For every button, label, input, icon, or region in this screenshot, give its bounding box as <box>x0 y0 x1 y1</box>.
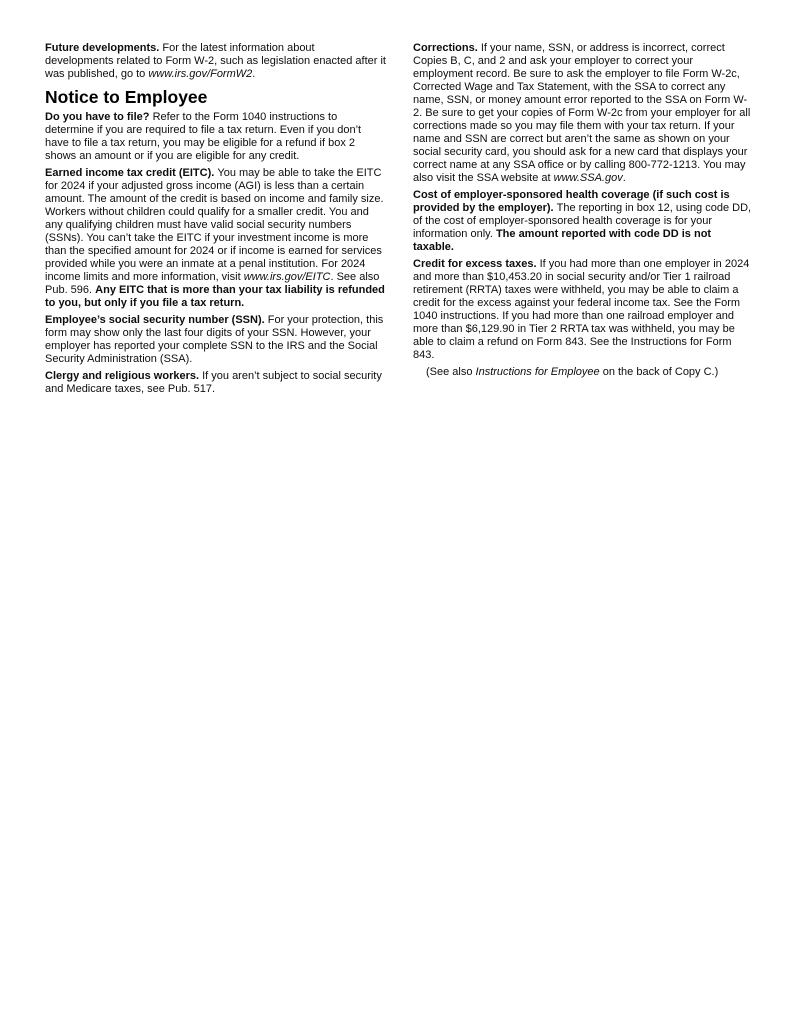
bold-text-run: Earned income tax credit (EITC). <box>45 167 217 179</box>
bold-text-run: Any EITC that is more than your tax liab… <box>45 284 385 309</box>
text-run: You may be able to take the EITC for 202… <box>45 167 384 283</box>
bold-text-run: Do you have to file? <box>45 111 153 123</box>
text-run: If you had more than one employer in 202… <box>413 258 749 361</box>
document-page-body: { "document": { "kind": "form-instructio… <box>0 0 800 1035</box>
italic-text-run: www.SSA.gov <box>554 172 623 184</box>
earned-income-tax-credit: Earned income tax credit (EITC). You may… <box>45 167 386 310</box>
future-developments: Future developments. For the latest info… <box>45 42 386 81</box>
credit-for-excess-taxes: Credit for excess taxes. If you had more… <box>413 258 754 362</box>
corrections: Corrections. If your name, SSN, or addre… <box>413 42 754 185</box>
text-run: . <box>252 68 255 80</box>
w2-notice-to-employee-page: Future developments. For the latest info… <box>0 0 800 1035</box>
do-you-have-to-file: Do you have to file? Refer to the Form 1… <box>45 111 386 163</box>
column-left: Future developments. For the latest info… <box>45 42 386 400</box>
italic-text-run: Instructions for Employee <box>476 366 600 378</box>
clergy-and-religious-workers: Clergy and religious workers. If you are… <box>45 370 386 396</box>
notice-to-employee-heading: Notice to Employee <box>45 87 386 107</box>
text-run: on the back of Copy C.) <box>600 366 719 378</box>
bold-text-run: Employee’s social security number (SSN). <box>45 314 268 326</box>
bold-text-run: Credit for excess taxes. <box>413 258 540 270</box>
bold-text-run: Corrections. <box>413 42 481 54</box>
italic-text-run: www.irs.gov/EITC <box>244 271 331 283</box>
cost-of-employer-sponsored-health-coverage: Cost of employer-sponsored health covera… <box>413 189 754 254</box>
bold-text-run: Clergy and religious workers. <box>45 370 202 382</box>
text-run: If your name, SSN, or address is incorre… <box>413 42 750 184</box>
two-column-layout: Future developments. For the latest info… <box>45 42 757 400</box>
employee-ssn: Employee’s social security number (SSN).… <box>45 314 386 366</box>
italic-text-run: www.irs.gov/FormW2 <box>148 68 252 80</box>
see-also-note: (See also Instructions for Employee on t… <box>413 366 754 379</box>
text-run: . <box>623 172 626 184</box>
text-run: (See also <box>426 366 476 378</box>
bold-text-run: Future developments. <box>45 42 162 54</box>
column-right: Corrections. If your name, SSN, or addre… <box>413 42 754 383</box>
